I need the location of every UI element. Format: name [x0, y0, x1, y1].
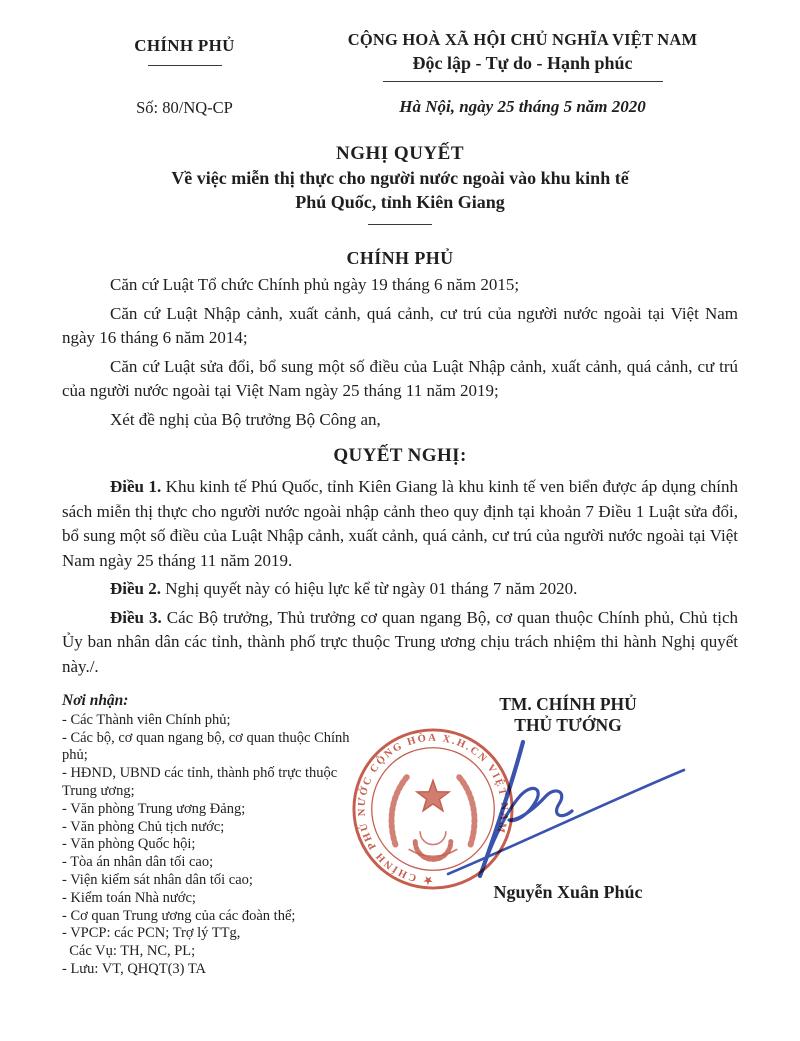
preamble-paragraph: Căn cứ Luật sửa đổi, bổ sung một số điều…	[62, 355, 738, 404]
article-3-text: Các Bộ trưởng, Thủ trưởng cơ quan ngang …	[62, 608, 738, 676]
signer-name: Nguyễn Xuân Phúc	[427, 882, 709, 903]
document-subject-line1: Về việc miễn thị thực cho người nước ngo…	[62, 167, 738, 189]
recipient-item: - HĐND, UBND các tỉnh, thành phố trực th…	[62, 765, 368, 801]
article-2: Điều 2. Nghị quyết này có hiệu lực kể từ…	[62, 577, 738, 602]
motto-divider	[383, 81, 663, 82]
preamble-paragraph: Căn cứ Luật Nhập cảnh, xuất cảnh, quá cả…	[62, 302, 738, 351]
document-subject-line2: Phú Quốc, tỉnh Kiên Giang	[62, 191, 738, 213]
issuer-block: CHÍNH PHỦ Số: 80/NQ-CP	[62, 30, 307, 118]
place-and-date: Hà Nội, ngày 25 tháng 5 năm 2020	[307, 97, 738, 117]
article-1-text: Khu kinh tế Phú Quốc, tỉnh Kiên Giang là…	[62, 477, 738, 570]
title-block: NGHỊ QUYẾT Về việc miễn thị thực cho ngư…	[62, 143, 738, 225]
recipient-item: - Các Thành viên Chính phủ;	[62, 712, 368, 730]
national-name: CỘNG HOÀ XÃ HỘI CHỦ NGHĨA VIỆT NAM	[307, 30, 738, 50]
articles-section: Điều 1. Khu kinh tế Phú Quốc, tỉnh Kiên …	[62, 475, 738, 679]
recipient-item: - Cơ quan Trung ương của các đoàn thể;	[62, 908, 368, 926]
recipient-item: - Văn phòng Chủ tịch nước;	[62, 819, 368, 837]
recipient-item: - Viện kiểm sát nhân dân tối cao;	[62, 872, 368, 890]
resolve-heading: QUYẾT NGHỊ:	[62, 445, 738, 467]
article-2-label: Điều 2.	[110, 579, 161, 598]
preamble-section: Căn cứ Luật Tổ chức Chính phủ ngày 19 th…	[62, 273, 738, 432]
document-footer: Nơi nhận: - Các Thành viên Chính phủ; - …	[62, 692, 738, 1022]
recipients-heading: Nơi nhận:	[62, 692, 368, 710]
document-number: Số: 80/NQ-CP	[62, 98, 307, 118]
title-divider	[368, 224, 432, 225]
document-type: NGHỊ QUYẾT	[62, 143, 738, 165]
recipients-list: Nơi nhận: - Các Thành viên Chính phủ; - …	[62, 692, 368, 979]
article-2-text: Nghị quyết này có hiệu lực kể từ ngày 01…	[161, 579, 577, 598]
signature-mark	[430, 736, 706, 888]
recipient-item: - Văn phòng Trung ương Đảng;	[62, 801, 368, 819]
national-motto-block: CỘNG HOÀ XÃ HỘI CHỦ NGHĨA VIỆT NAM Độc l…	[307, 30, 738, 118]
preamble-paragraph: Xét đề nghị của Bộ trưởng Bộ Công an,	[62, 408, 738, 433]
issuer-divider	[148, 65, 222, 66]
recipient-item: Các Vụ: TH, NC, PL;	[62, 943, 368, 961]
article-1: Điều 1. Khu kinh tế Phú Quốc, tỉnh Kiên …	[62, 475, 738, 573]
recipient-item: - Kiểm toán Nhà nước;	[62, 890, 368, 908]
issuer-name: CHÍNH PHỦ	[62, 36, 307, 56]
recipient-item: - Lưu: VT, QHQT(3) TA	[62, 961, 368, 979]
document-page: CHÍNH PHỦ Số: 80/NQ-CP CỘNG HOÀ XÃ HỘI C…	[0, 0, 800, 1041]
recipient-item: - Các bộ, cơ quan ngang bộ, cơ quan thuộ…	[62, 730, 368, 766]
article-3-label: Điều 3.	[110, 608, 162, 627]
national-motto: Độc lập - Tự do - Hạnh phúc	[307, 53, 738, 74]
recipient-item: - Tòa án nhân dân tối cao;	[62, 854, 368, 872]
preamble-paragraph: Căn cứ Luật Tổ chức Chính phủ ngày 19 th…	[62, 273, 738, 298]
article-1-label: Điều 1.	[110, 477, 161, 496]
document-header: CHÍNH PHỦ Số: 80/NQ-CP CỘNG HOÀ XÃ HỘI C…	[62, 30, 738, 118]
on-behalf-line: TM. CHÍNH PHỦ	[427, 694, 709, 715]
article-3: Điều 3. Các Bộ trưởng, Thủ trưởng cơ qua…	[62, 606, 738, 680]
recipient-item: - VPCP: các PCN; Trợ lý TTg,	[62, 925, 368, 943]
authority-heading: CHÍNH PHỦ	[62, 248, 738, 269]
recipient-item: - Văn phòng Quốc hội;	[62, 836, 368, 854]
